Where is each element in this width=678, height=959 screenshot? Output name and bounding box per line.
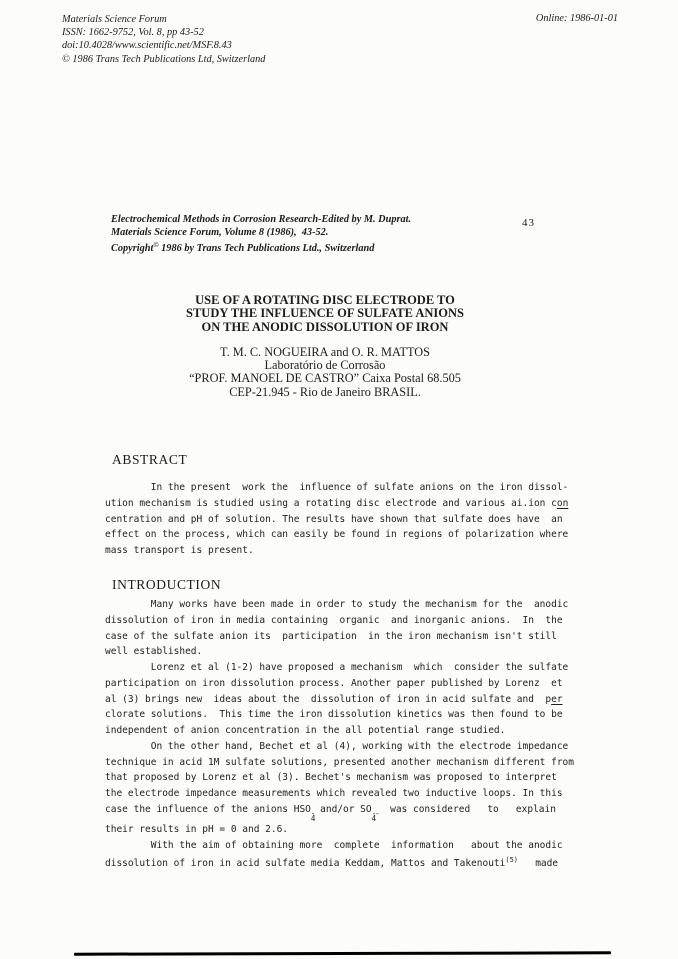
text-line: Many works have been made in order to st… [105, 597, 574, 613]
text-line: Lorenz et al (1-2) have proposed a mecha… [105, 660, 574, 676]
authors-block: T. M. C. NOGUEIRA and O. R. MATTOSLabora… [105, 346, 545, 399]
text-line: dissolution of iron in media containing … [105, 613, 574, 629]
text-line: In the present work the influence of sul… [105, 480, 568, 496]
text-line: Electrochemical Methods in Corrosion Res… [111, 213, 411, 226]
text-line: Copyright© 1986 by Trans Tech Publicatio… [111, 239, 411, 255]
abstract-text: In the present work the influence of sul… [105, 480, 568, 559]
text-line: case the influence of the anions HSO-4 a… [105, 802, 574, 822]
text-line: doi:10.4028/www.scientific.net/MSF.8.43 [62, 39, 265, 52]
text-line: that proposed by Lorenz et al (3). Beche… [105, 770, 574, 786]
text-line: mass transport is present. [105, 543, 568, 559]
online-date: Online: 1986-01-01 [536, 13, 618, 24]
text-line: clorate solutions. This time the iron di… [105, 707, 574, 723]
section-heading-introduction: INTRODUCTION [112, 577, 221, 593]
text-line: participation on iron dissolution proces… [105, 676, 574, 692]
text-line: centration and pH of solution. The resul… [105, 512, 568, 528]
journal-header: Materials Science ForumISSN: 1662-9752, … [62, 13, 265, 66]
text-line: ISSN: 1662-9752, Vol. 8, pp 43-52 [62, 26, 265, 39]
section-heading-abstract: ABSTRACT [112, 452, 187, 468]
text-line: On the other hand, Bechet et al (4), wor… [105, 739, 574, 755]
text-line: case of the sulfate anion its participat… [105, 629, 574, 645]
text-line: CEP-21.945 - Rio de Janeiro BRASIL. [105, 386, 545, 399]
footer-rule [74, 951, 611, 955]
text-line: well established. [105, 644, 574, 660]
text-line: their results in pH = 0 and 2.6. [105, 822, 574, 838]
text-line: effect on the process, which can easily … [105, 527, 568, 543]
text-line: technique in acid 1M sulfate solutions, … [105, 755, 574, 771]
citation-block: Electrochemical Methods in Corrosion Res… [111, 213, 411, 256]
page-number: 43 [522, 217, 535, 229]
text-line: al (3) brings new ideas about the dissol… [105, 692, 574, 708]
text-line: ON THE ANODIC DISSOLUTION OF IRON [105, 321, 545, 334]
text-line: Materials Science Forum, Volume 8 (1986)… [111, 226, 411, 239]
text-line: ution mechanism is studied using a rotat… [105, 496, 568, 512]
paper-title: USE OF A ROTATING DISC ELECTRODE TOSTUDY… [105, 294, 545, 334]
text-line: independent of anion concentration in th… [105, 723, 574, 739]
text-line: dissolution of iron in acid sulfate medi… [105, 853, 574, 872]
chem-subsup: --4 [372, 811, 379, 822]
text-line: Materials Science Forum [62, 13, 265, 26]
text-line: USE OF A ROTATING DISC ELECTRODE TO [105, 294, 545, 307]
introduction-text: Many works have been made in order to st… [105, 597, 574, 872]
text-line: With the aim of obtaining more complete … [105, 838, 574, 854]
paper-page: Materials Science ForumISSN: 1662-9752, … [0, 0, 678, 959]
text-line: the electrode impedance measurements whi… [105, 786, 574, 802]
text-line: © 1986 Trans Tech Publications Ltd, Swit… [62, 53, 265, 66]
text-line: STUDY THE INFLUENCE OF SULFATE ANIONS [105, 307, 545, 320]
